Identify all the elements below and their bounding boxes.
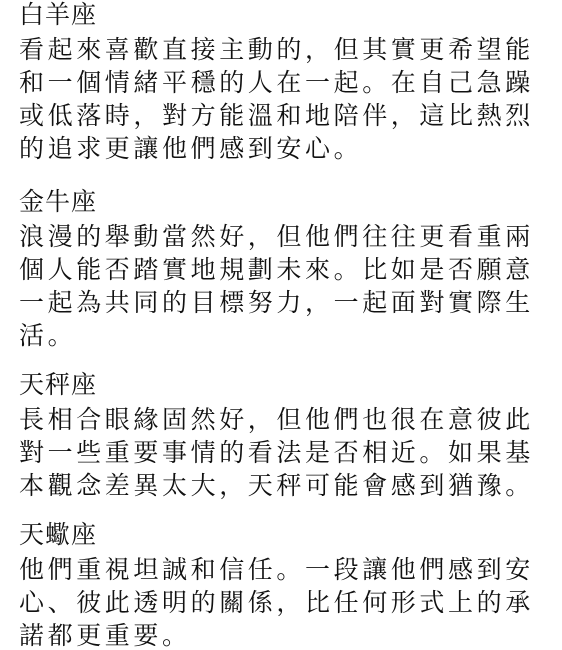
section-heading: 金牛座 — [19, 187, 534, 220]
section-libra: 天秤座 長相合眼緣固然好，但他們也很在意彼此 對一些重要事情的看法是否相近。如果… — [19, 370, 534, 502]
section-heading: 白羊座 — [19, 0, 534, 33]
paragraph-line: 對一些重要事情的看法是否相近。如果基 — [19, 436, 534, 469]
section-heading: 天秤座 — [19, 370, 534, 403]
paragraph-line: 和一個情緒平穩的人在一起。在自己急躁 — [19, 66, 534, 99]
paragraph-line: 個人能否踏實地規劃未來。比如是否願意 — [19, 253, 534, 286]
paragraph-line: 一起為共同的目標努力，一起面對實際生 — [19, 286, 534, 319]
section-taurus: 金牛座 浪漫的舉動當然好，但他們往往更看重兩 個人能否踏實地規劃未來。比如是否願… — [19, 187, 534, 352]
section-scorpio: 天蠍座 他們重視坦誠和信任。一段讓他們感到安 心、彼此透明的關係，比任何形式上的… — [19, 520, 534, 650]
section-aries: 白羊座 看起來喜歡直接主動的，但其實更希望能 和一個情緒平穩的人在一起。在自己急… — [19, 0, 534, 165]
section-heading: 天蠍座 — [19, 520, 534, 553]
paragraph-line: 諾都更重要。 — [19, 619, 534, 650]
paragraph-line: 或低落時，對方能溫和地陪伴，這比熱烈 — [19, 99, 534, 132]
paragraph-line: 活。 — [19, 319, 534, 352]
paragraph-line: 看起來喜歡直接主動的，但其實更希望能 — [19, 33, 534, 66]
paragraph-line: 本觀念差異太大，天秤可能會感到猶豫。 — [19, 469, 534, 502]
paragraph-line: 浪漫的舉動當然好，但他們往往更看重兩 — [19, 220, 534, 253]
paragraph-line: 的追求更讓他們感到安心。 — [19, 132, 534, 165]
paragraph-line: 長相合眼緣固然好，但他們也很在意彼此 — [19, 403, 534, 436]
paragraph-line: 他們重視坦誠和信任。一段讓他們感到安 — [19, 553, 534, 586]
paragraph-line: 心、彼此透明的關係，比任何形式上的承 — [19, 586, 534, 619]
